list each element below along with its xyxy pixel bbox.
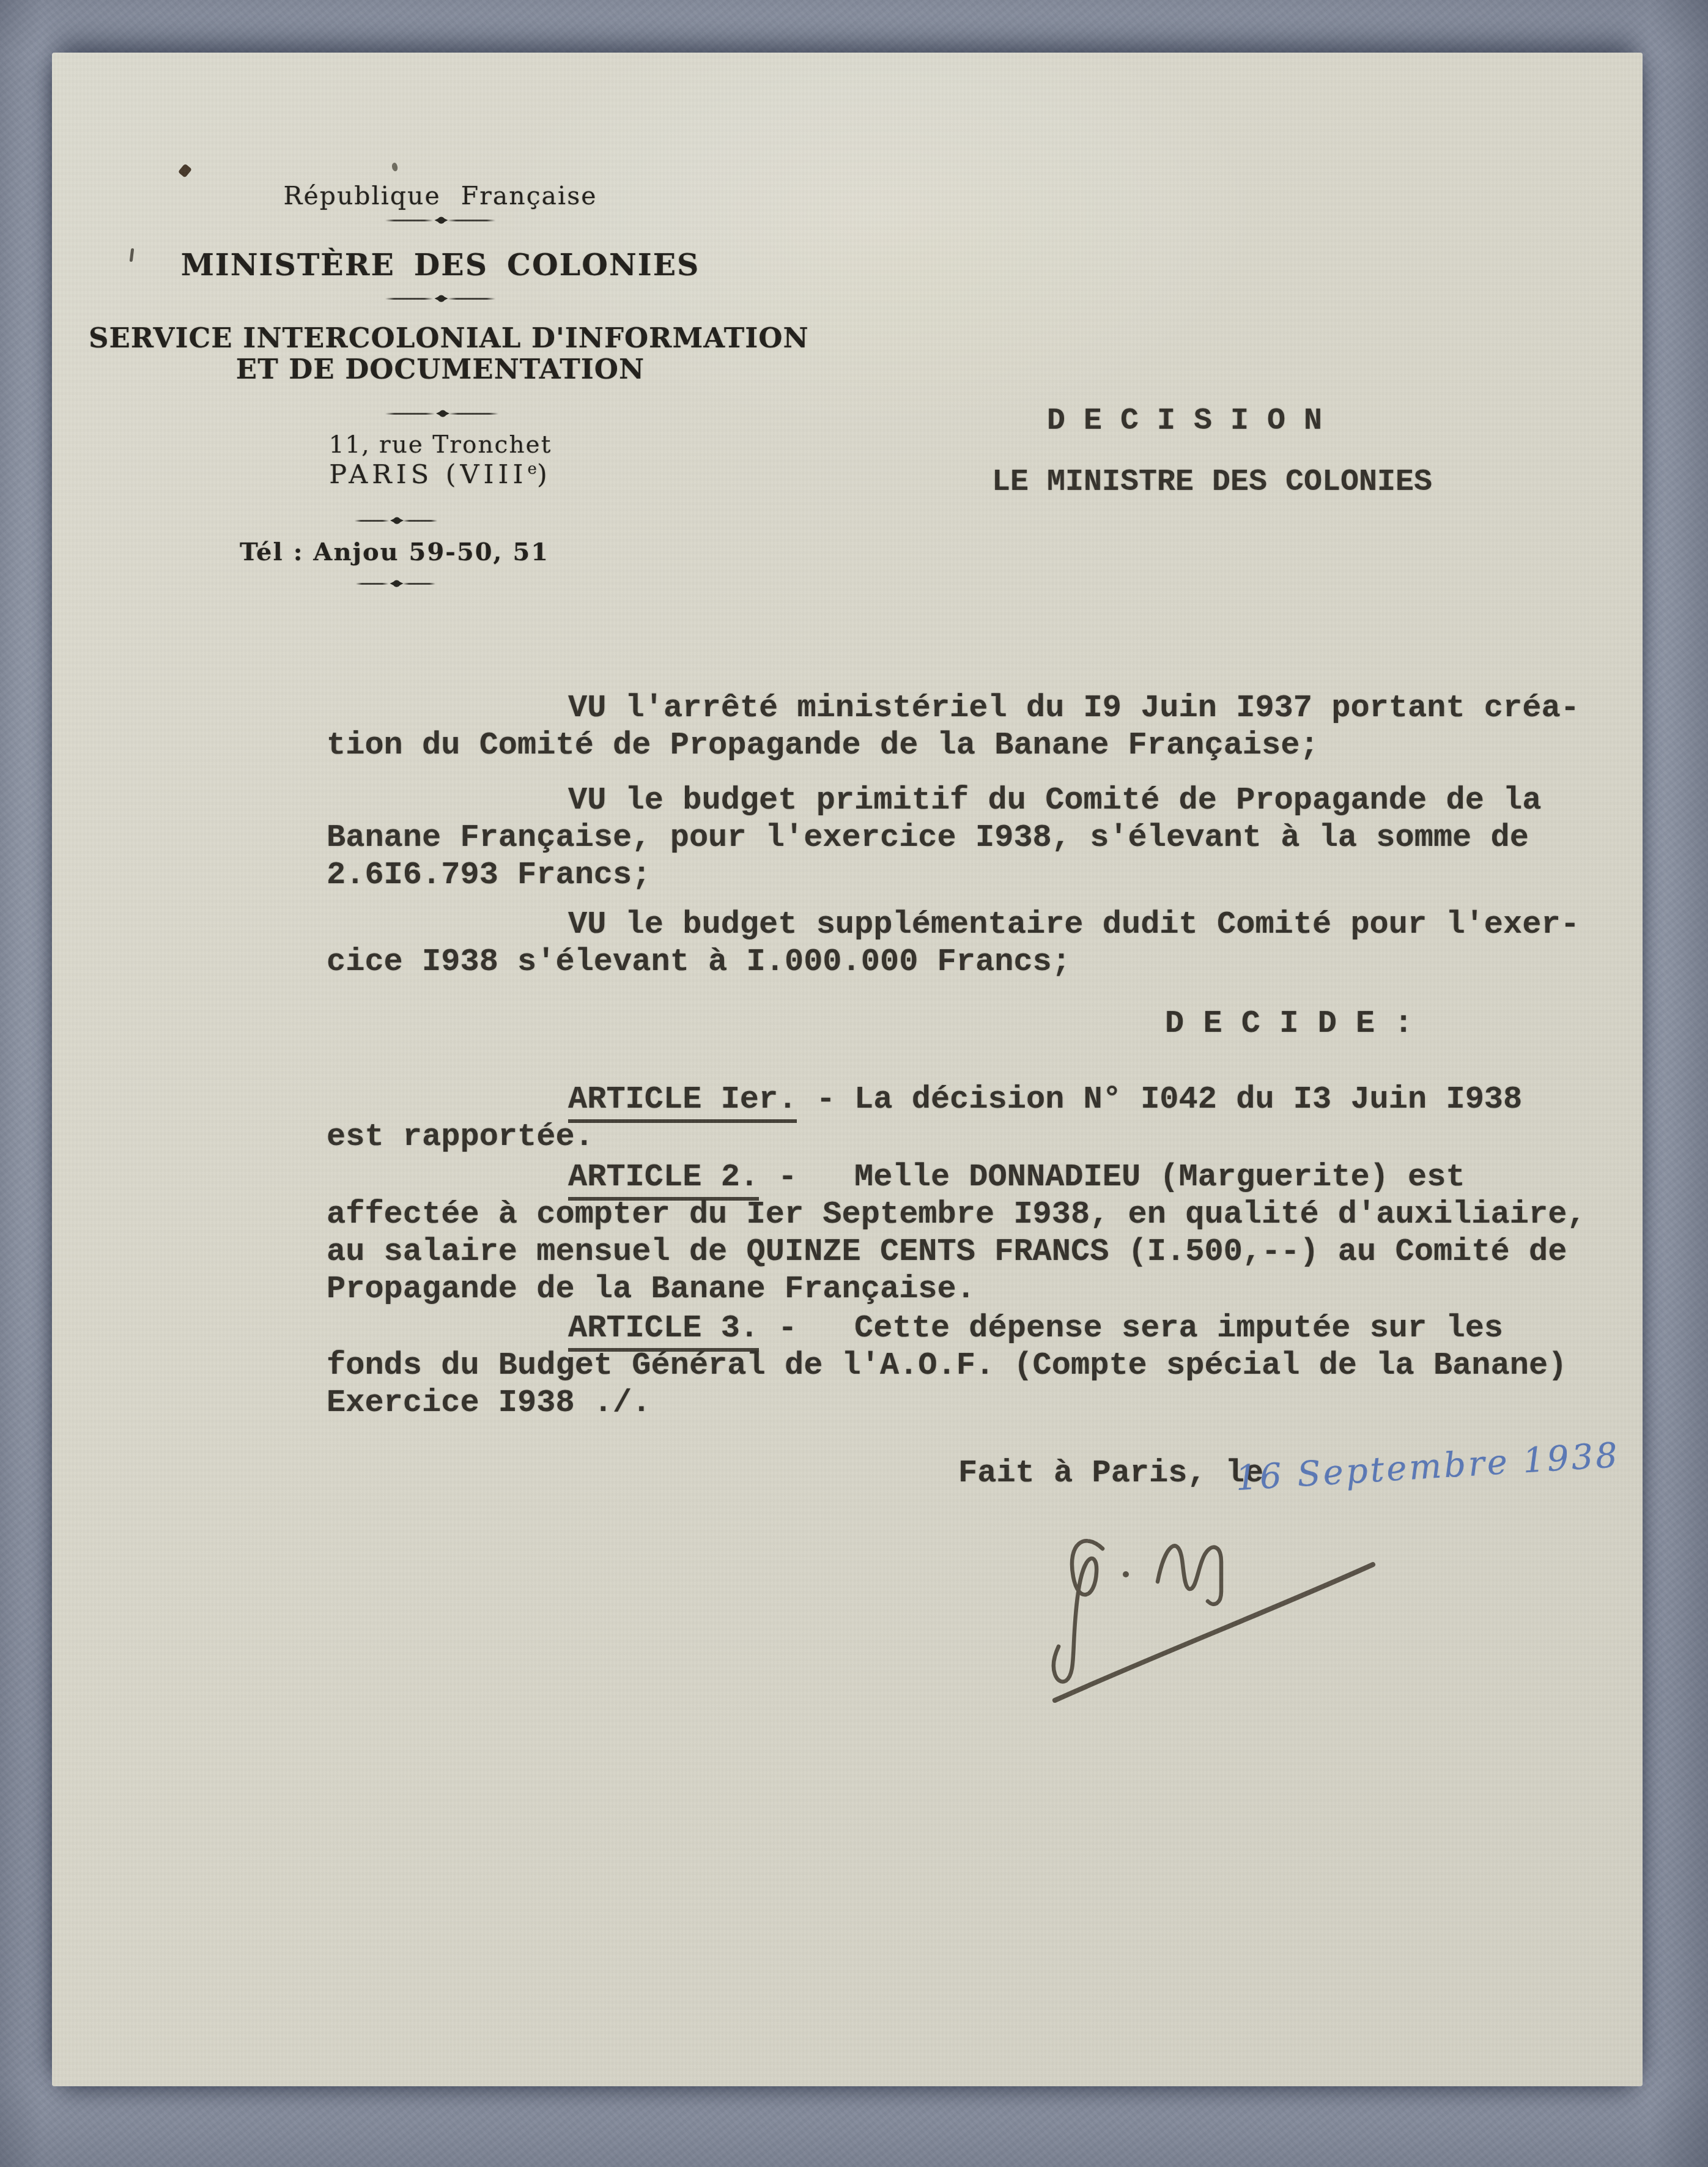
vu-paragraph-3-line-2: cice I938 s'élevant à I.000.000 Francs; bbox=[327, 946, 1071, 978]
divider-ornament-icon: ◂●▸ bbox=[356, 579, 435, 588]
document-paper: République Française ◂●▸ MINISTÈRE DES C… bbox=[52, 53, 1643, 2086]
divider-ornament-icon: ◂●▸ bbox=[385, 294, 495, 303]
vu-paragraph-3-line-1: VU le budget supplémentaire dudit Comité… bbox=[568, 909, 1580, 941]
ink-fleck-mark bbox=[391, 162, 399, 172]
vu-paragraph-1-line-1: VU l'arrêté ministériel du I9 Juin I937 … bbox=[568, 692, 1580, 724]
vu-paragraph-2-line-1: VU le budget primitif du Comité de Propa… bbox=[568, 785, 1541, 817]
article-2-line-3: au salaire mensuel de QUINZE CENTS FRANC… bbox=[327, 1236, 1567, 1268]
vu-paragraph-1-line-2: tion du Comité de Propagande de la Banan… bbox=[327, 730, 1319, 761]
article-3-line-2: fonds du Budget Général de l'A.O.F. (Com… bbox=[327, 1350, 1567, 1382]
divider-ornament-icon: ◂●▸ bbox=[355, 516, 437, 525]
divider-ornament-icon: ◂●▸ bbox=[385, 409, 498, 418]
article-2-line-4: Propagande de la Banane Française. bbox=[327, 1273, 975, 1305]
article-3-line-3: Exercice I938 ./. bbox=[327, 1387, 651, 1419]
signature-scrawl bbox=[1006, 1496, 1483, 1728]
handwritten-date: 16 Septembre 1938 bbox=[1235, 1435, 1621, 1498]
minister-subtitle: LE MINISTRE DES COLONIES bbox=[992, 467, 1432, 498]
article-3-label: ARTICLE 3. bbox=[568, 1310, 759, 1352]
letterhead-ministry: MINISTÈRE DES COLONIES bbox=[89, 247, 792, 283]
paper-hole-mark bbox=[178, 163, 192, 177]
letterhead-street-address: 11, rue Tronchet bbox=[89, 431, 792, 459]
article-2-label: ARTICLE 2. bbox=[568, 1159, 759, 1201]
dateline-typed: Fait à Paris, le bbox=[958, 1458, 1263, 1489]
letterhead-service-line2: ET DE DOCUMENTATION bbox=[89, 353, 792, 385]
vu-paragraph-2-line-3: 2.6I6.793 Francs; bbox=[327, 859, 651, 891]
article-1-line-2: est rapportée. bbox=[327, 1121, 594, 1153]
decide-heading: D E C I D E : bbox=[1165, 1008, 1413, 1040]
article-1-label: ARTICLE Ier. bbox=[568, 1081, 797, 1123]
article-1-line-1: ARTICLE Ier. - La décision N° I042 du I3… bbox=[568, 1084, 1522, 1116]
decision-title: D E C I S I O N bbox=[1047, 406, 1322, 437]
vu-paragraph-2-line-2: Banane Française, pour l'exercice I938, … bbox=[327, 822, 1529, 854]
photo-backdrop: République Française ◂●▸ MINISTÈRE DES C… bbox=[0, 0, 1708, 2167]
divider-ornament-icon: ◂●▸ bbox=[385, 215, 495, 225]
letterhead-service-line1: SERVICE INTERCOLONIAL D'INFORMATION bbox=[89, 322, 792, 354]
letterhead-phone: Tél : Anjou 59-50, 51 bbox=[43, 538, 746, 566]
article-2-line-1: ARTICLE 2. - Melle DONNADIEU (Marguerite… bbox=[568, 1161, 1465, 1193]
article-2-line-2: affectée à compter du Ier Septembre I938… bbox=[327, 1199, 1586, 1231]
letterhead-city-address: PARIS (VIIIe) bbox=[89, 459, 792, 490]
article-3-line-1: ARTICLE 3. - Cette dépense sera imputée … bbox=[568, 1313, 1503, 1344]
letterhead-republic: République Française bbox=[89, 181, 792, 210]
